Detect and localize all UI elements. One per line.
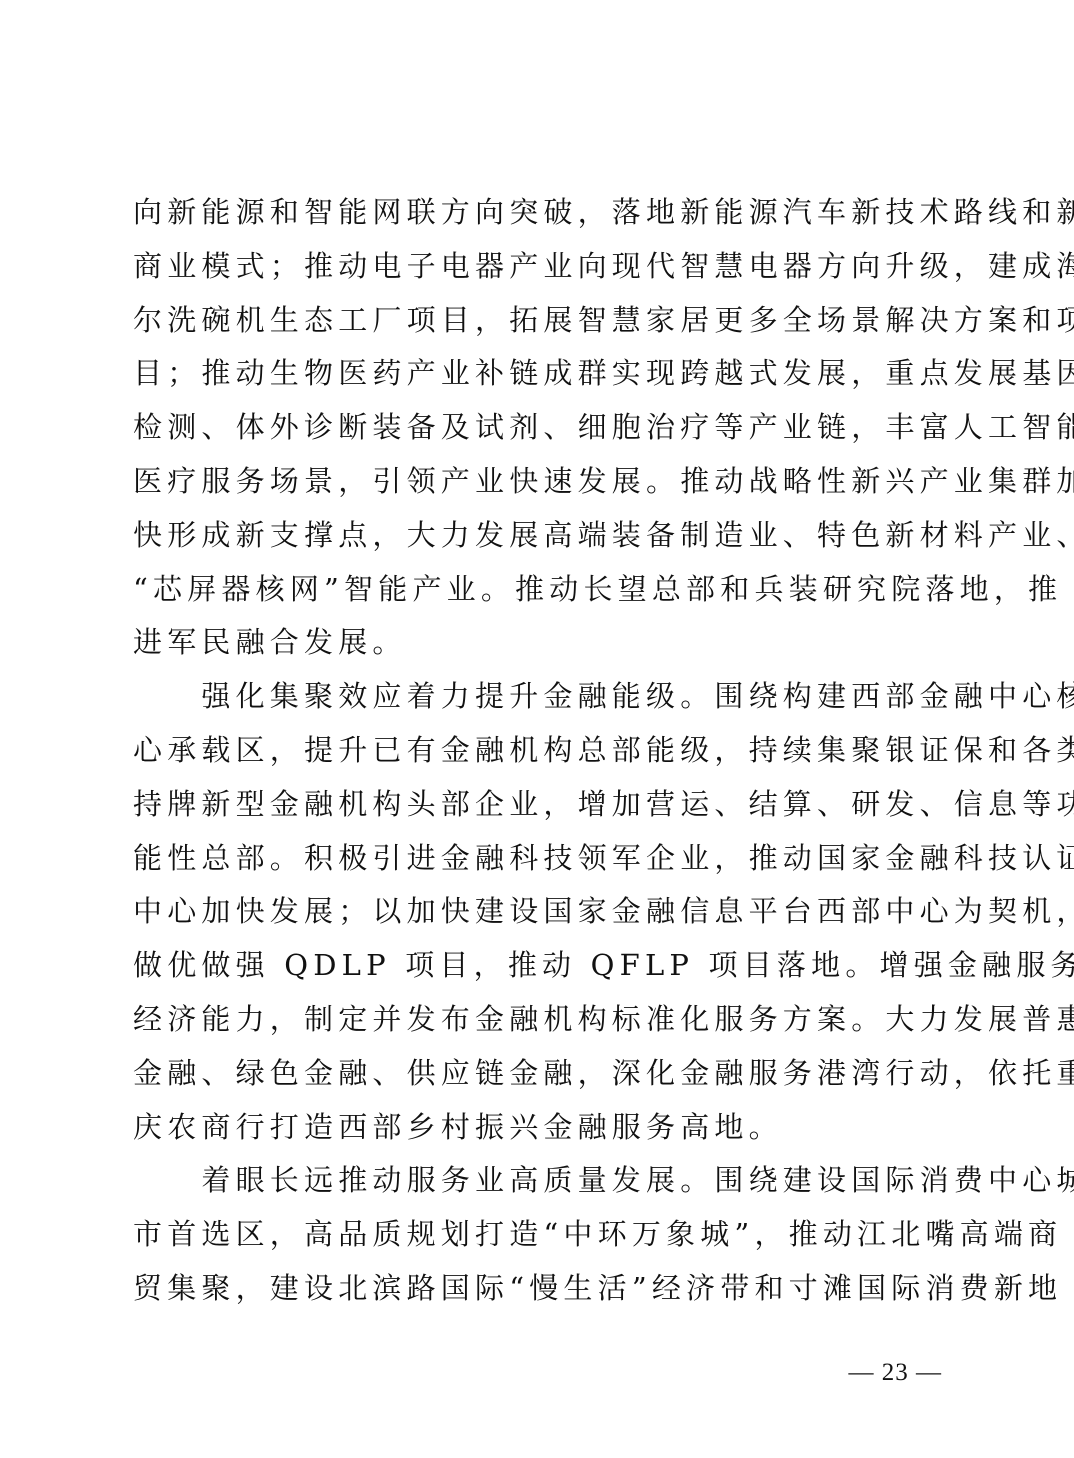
text-line: 尔洗碗机生态工厂项目，拓展智慧家居更多全场景解决方案和项 — [133, 294, 945, 348]
document-page: 向新能源和智能网联方向突破，落地新能源汽车新技术路线和新 商业模式；推动电子电器… — [0, 0, 1074, 1458]
text-line: 商业模式；推动电子电器产业向现代智慧电器方向升级，建成海 — [133, 240, 945, 294]
text-line-paragraph-start: 强化集聚效应着力提升金融能级。围绕构建西部金融中心核 — [133, 670, 945, 724]
text-line: 市首选区，高品质规划打造“中环万象城”，推动江北嘴高端商 — [133, 1208, 945, 1262]
text-line: 中心加快发展；以加快建设国家金融信息平台西部中心为契机， — [133, 885, 945, 939]
text-line: 做优做强 QDLP 项目，推动 QFLP 项目落地。增强金融服务实体 — [133, 939, 945, 993]
text-line: 贸集聚，建设北滨路国际“慢生活”经济带和寸滩国际消费新地 — [133, 1262, 945, 1316]
text-line: “芯屏器核网”智能产业。推动长望总部和兵装研究院落地，推 — [133, 563, 945, 617]
text-line: 能性总部。积极引进金融科技领军企业，推动国家金融科技认证 — [133, 832, 945, 886]
body-text: 向新能源和智能网联方向突破，落地新能源汽车新技术路线和新 商业模式；推动电子电器… — [133, 186, 945, 1316]
text-line-paragraph-end: 进军民融合发展。 — [133, 616, 945, 670]
text-line: 医疗服务场景，引领产业快速发展。推动战略性新兴产业集群加 — [133, 455, 945, 509]
text-line: 持牌新型金融机构头部企业，增加营运、结算、研发、信息等功 — [133, 778, 945, 832]
page-number: — 23 — — [849, 1359, 943, 1387]
text-line-paragraph-start: 着眼长远推动服务业高质量发展。围绕建设国际消费中心城 — [133, 1154, 945, 1208]
text-line-paragraph-end: 庆农商行打造西部乡村振兴金融服务高地。 — [133, 1101, 945, 1155]
text-line: 检测、体外诊断装备及试剂、细胞治疗等产业链，丰富人工智能 — [133, 401, 945, 455]
text-line: 金融、绿色金融、供应链金融，深化金融服务港湾行动，依托重 — [133, 1047, 945, 1101]
text-line: 快形成新支撑点，大力发展高端装备制造业、特色新材料产业、 — [133, 509, 945, 563]
text-line: 向新能源和智能网联方向突破，落地新能源汽车新技术路线和新 — [133, 186, 945, 240]
text-line: 经济能力，制定并发布金融机构标准化服务方案。大力发展普惠 — [133, 993, 945, 1047]
text-line: 心承载区，提升已有金融机构总部能级，持续集聚银证保和各类 — [133, 724, 945, 778]
text-line: 目；推动生物医药产业补链成群实现跨越式发展，重点发展基因 — [133, 347, 945, 401]
